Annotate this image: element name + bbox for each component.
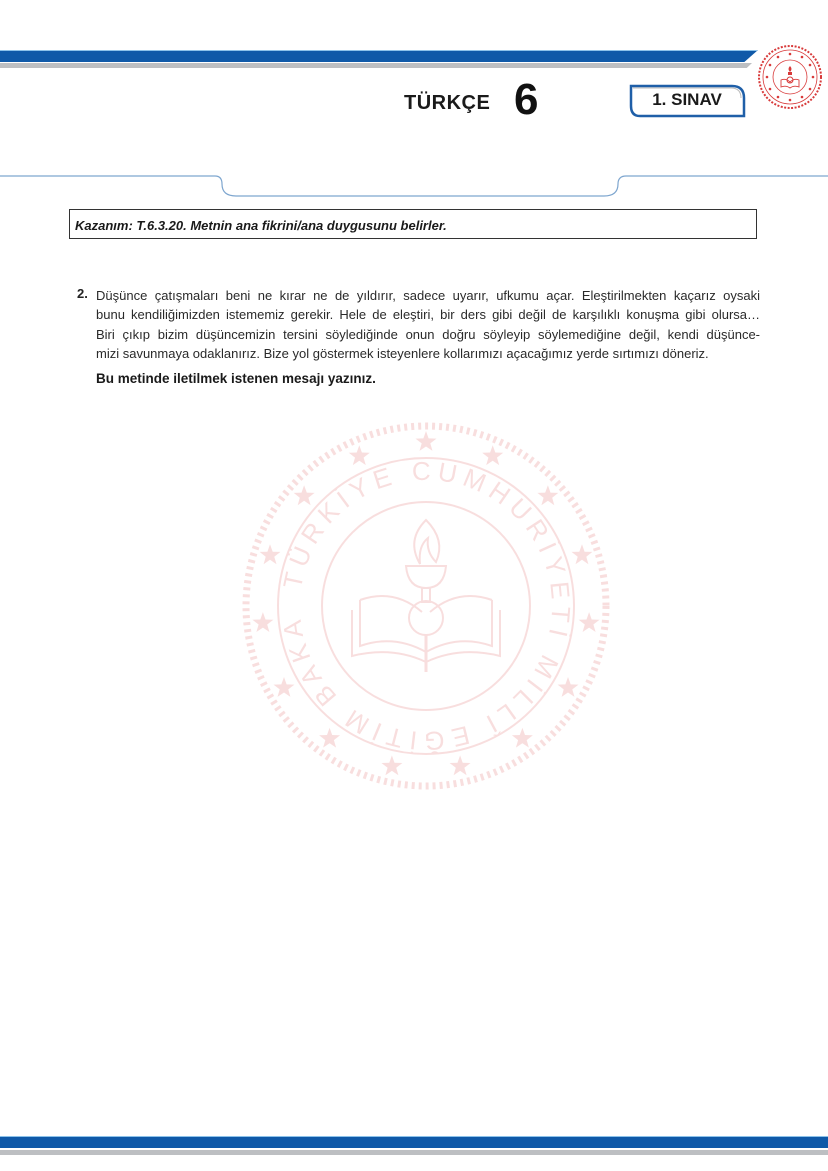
passage-line: Biri çıkıp bizim düşüncemizin tersini sö… (96, 325, 760, 344)
passage-line: bunu kendiliğimizden istememiz gerekir. … (96, 305, 760, 324)
header-band-grey (0, 63, 752, 68)
meb-seal-watermark-icon: TÜRKİYE CUMHURİYETİ MİLLÎ EĞİTİM BAKANLI… (240, 420, 612, 792)
header-band-blue (0, 50, 758, 62)
learning-outcome-text: Kazanım: T.6.3.20. Metnin ana fikrini/an… (75, 218, 447, 233)
passage-line: Düşünce çatışmaları beni ne kırar ne de … (96, 286, 760, 305)
exam-label: 1. SINAV (628, 90, 746, 110)
learning-outcome-box: Kazanım: T.6.3.20. Metnin ana fikrini/an… (69, 209, 757, 239)
section-divider (0, 174, 828, 204)
question-number: 2. (77, 286, 88, 301)
footer-band-blue (0, 1136, 828, 1148)
footer-band-grey (0, 1150, 828, 1155)
svg-text:TÜRKİYE CUMHURİYETİ MİLLÎ EĞİT: TÜRKİYE CUMHURİYETİ MİLLÎ EĞİTİM BAKANLI… (240, 420, 576, 756)
meb-seal-icon (757, 44, 823, 110)
exam-label-tab: 1. SINAV (628, 84, 746, 116)
question-passage: Düşünce çatışmaları beni ne kırar ne de … (96, 286, 760, 363)
subject-title: TÜRKÇE (404, 92, 490, 115)
question-prompt: Bu metinde iletilmek istenen mesajı yazı… (96, 371, 376, 386)
grade-number: 6 (514, 78, 538, 122)
passage-line: mizi savunmaya odaklanırız. Bize yol gös… (96, 344, 760, 363)
